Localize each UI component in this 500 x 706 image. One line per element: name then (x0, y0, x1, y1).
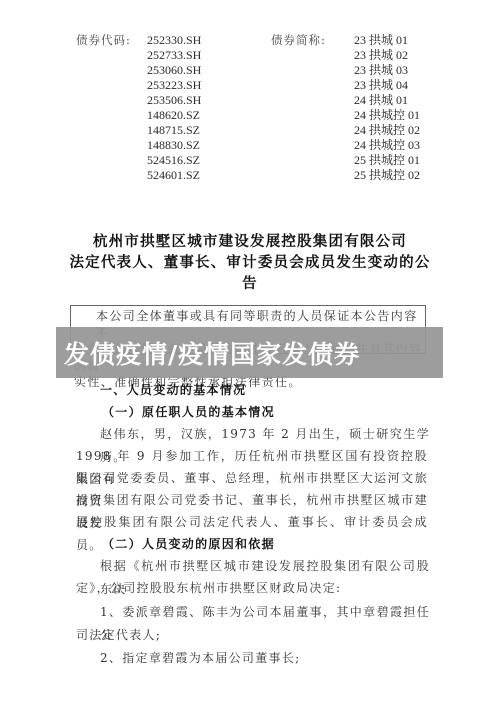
bond-name: 24 拱城 01 (354, 93, 420, 108)
bond-name-label: 债券简称: (271, 33, 326, 48)
bond-name: 24 拱城控 02 (354, 123, 420, 138)
bond-code: 148715.SZ (147, 123, 201, 138)
bond-code: 148620.SZ (147, 108, 201, 123)
paragraph-line: 2、指定章碧霞为本届公司董事长; (100, 647, 430, 670)
bond-code-label: 债券代码: (76, 33, 131, 48)
bond-code: 253060.SH (147, 63, 201, 78)
overlay-banner-text: 发债疫情/疫情国家发债券 (64, 335, 360, 371)
announcement-title-line2: 法定代表人、董事长、审计委员会成员发生变动的公 (60, 252, 440, 273)
bond-code: 253223.SH (147, 78, 201, 93)
section-heading-1: 一、人员变动的基本情况 (100, 379, 452, 402)
paragraph-line: 司法定代表人; (76, 624, 428, 647)
bond-code: 252733.SH (147, 48, 201, 63)
paragraph-line: 定》，公司控股股东杭州市拱墅区财政局决定: (76, 577, 428, 600)
subsection-heading-2: （二）人员变动的原因和依据 (102, 533, 454, 556)
bond-code: 524516.SZ (147, 153, 201, 168)
announcement-title-line1: 杭州市拱墅区城市建设发展控股集团有限公司 (60, 231, 440, 252)
bond-name: 25 拱城控 02 (354, 168, 420, 183)
bond-name: 25 拱城控 01 (354, 153, 420, 168)
bond-code: 524601.SZ (147, 168, 201, 183)
bond-name-list: 23 拱城 01 23 拱城 02 23 拱城 03 23 拱城 04 24 拱… (354, 33, 420, 183)
bond-name: 24 拱城控 01 (354, 108, 420, 123)
bond-code-list: 252330.SH 252733.SH 253060.SH 253223.SH … (147, 33, 201, 183)
bond-name: 23 拱城 01 (354, 33, 420, 48)
bond-code: 252330.SH (147, 33, 201, 48)
bond-name: 24 拱城控 03 (354, 138, 420, 153)
bond-code: 253506.SH (147, 93, 201, 108)
announcement-title-line3: 告 (60, 273, 440, 294)
subsection-heading-1: （一）原任职人员的基本情况 (102, 401, 454, 424)
bond-code: 148830.SZ (147, 138, 201, 153)
bond-name: 23 拱城 02 (354, 48, 420, 63)
bond-name: 23 拱城 04 (354, 78, 420, 93)
overlay-banner: 发债疫情/疫情国家发债券 (56, 327, 443, 378)
bond-name: 23 拱城 03 (354, 63, 420, 78)
